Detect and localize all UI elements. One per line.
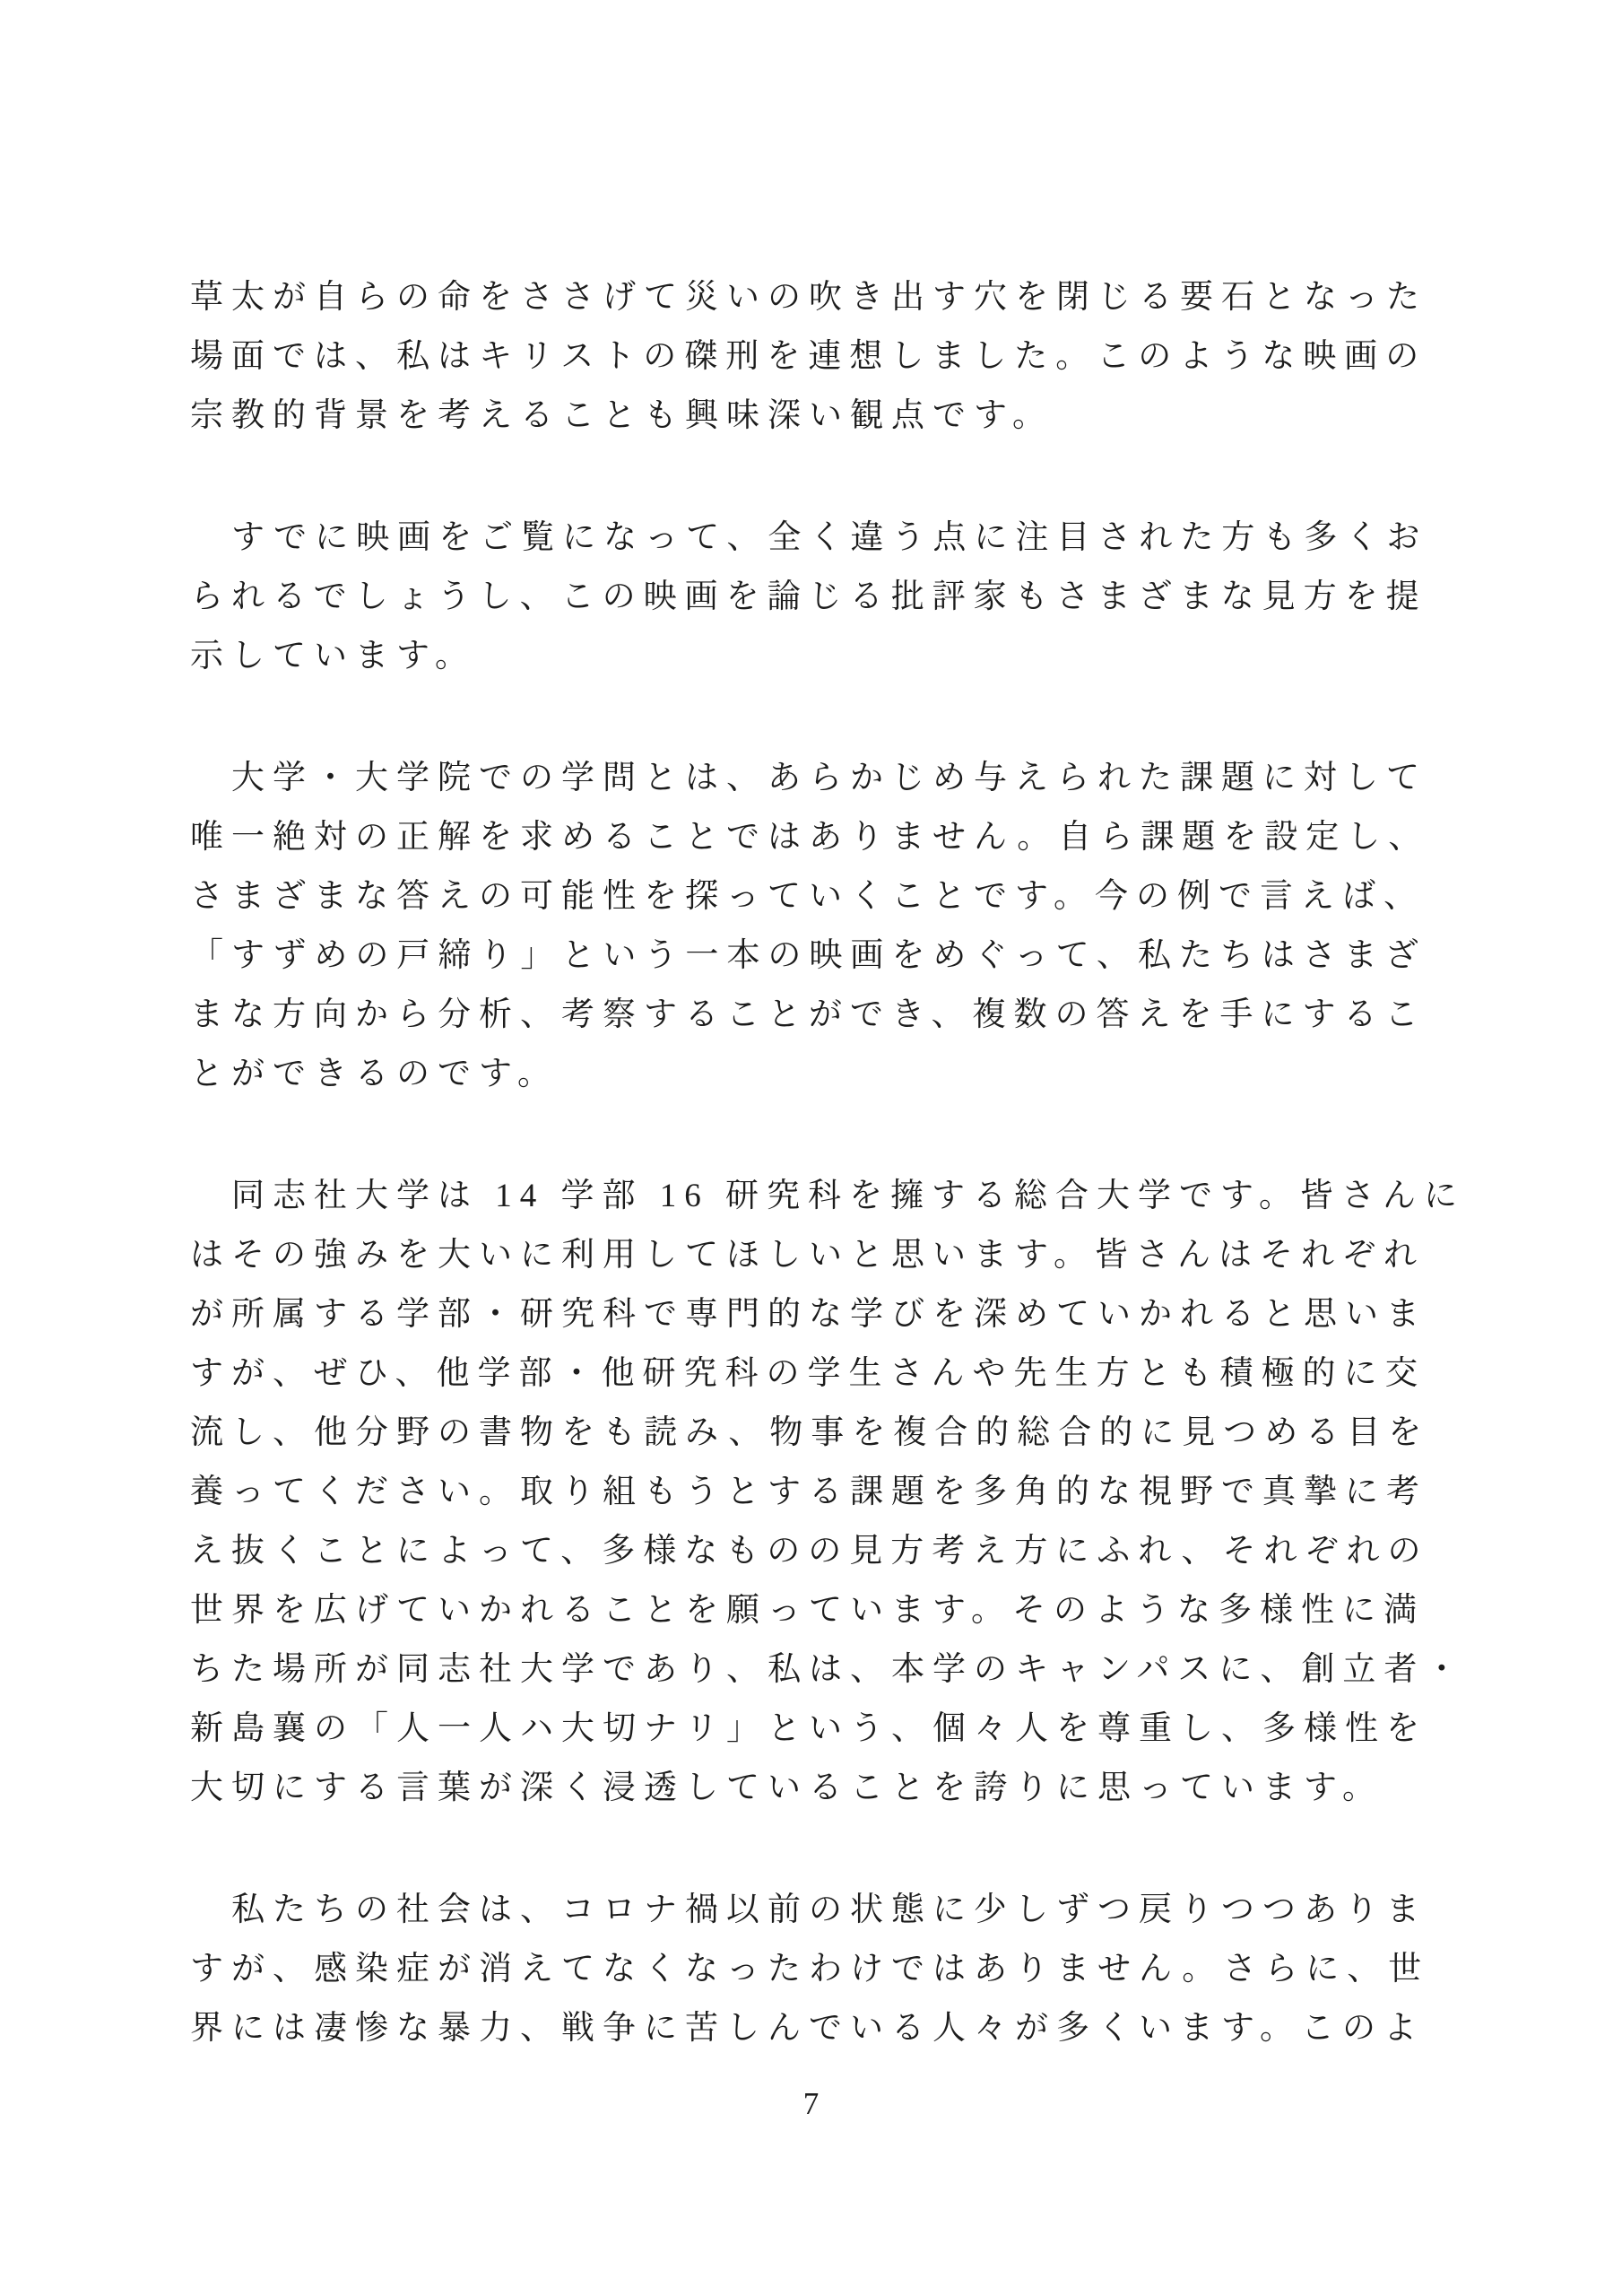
text-line: 世界を広げていかれることを願っています。そのような多様性に満 (190, 1581, 1433, 1640)
text-line: 大切にする言葉が深く浸透していることを誇りに思っています。 (190, 1759, 1433, 1818)
text-line: さまざまな答えの可能性を探っていくことです。今の例で言えば、 (190, 867, 1433, 926)
paragraph: 同志社大学は 14 学部 16 研究科を擁する総合大学です。皆さんにはその強みを… (190, 1167, 1433, 1818)
text-line: すでに映画をご覧になって、全く違う点に注目された方も多くお (190, 509, 1433, 568)
text-line: すが、ぜひ、他学部・他研究科の学生さんや先生方とも積極的に交 (190, 1344, 1433, 1404)
text-line: 流し、他分野の書物をも読み、物事を複合的総合的に見つめる目を (190, 1404, 1433, 1463)
paragraph: 私たちの社会は、コロナ禍以前の状態に少しずつ戻りつつありますが、感染症が消えてな… (190, 1881, 1433, 2058)
text-line: られるでしょうし、この映画を論じる批評家もさまざまな見方を提 (190, 568, 1433, 627)
text-line: 示しています。 (190, 627, 1433, 686)
page-footer: 7 (0, 2083, 1622, 2126)
text-line: 大学・大学院での学問とは、あらかじめ与えられた課題に対して (190, 749, 1433, 808)
text-line: え抜くことによって、多様なものの見方考え方にふれ、それぞれの (190, 1522, 1433, 1581)
text-line: すが、感染症が消えてなくなったわけではありません。さらに、世 (190, 1940, 1433, 1999)
text-line: 養ってください。取り組もうとする課題を多角的な視野で真摯に考 (190, 1463, 1433, 1522)
text-line: 同志社大学は 14 学部 16 研究科を擁する総合大学です。皆さんに (190, 1167, 1433, 1226)
text-line: 界には凄惨な暴力、戦争に苦しんでいる人々が多くいます。このよ (190, 1999, 1433, 2058)
text-line: 「すずめの戸締り」という一本の映画をめぐって、私たちはさまざ (190, 926, 1433, 986)
page-number: 7 (803, 2086, 820, 2121)
text-line: 私たちの社会は、コロナ禍以前の状態に少しずつ戻りつつありま (190, 1881, 1433, 1940)
paragraph: 大学・大学院での学問とは、あらかじめ与えられた課題に対して唯一絶対の正解を求める… (190, 749, 1433, 1104)
document-body: 草太が自らの命をささげて災いの吹き出す穴を閉じる要石となった場面では、私はキリス… (190, 268, 1433, 2058)
text-line: 新島襄の「人一人ハ大切ナリ」という、個々人を尊重し、多様性を (190, 1700, 1433, 1759)
text-line: ちた場所が同志社大学であり、私は、本学のキャンパスに、創立者・ (190, 1640, 1433, 1700)
text-line: とができるのです。 (190, 1045, 1433, 1104)
document-page: 草太が自らの命をささげて災いの吹き出す穴を閉じる要石となった場面では、私はキリス… (0, 0, 1622, 2296)
paragraph: すでに映画をご覧になって、全く違う点に注目された方も多くおられるでしょうし、この… (190, 509, 1433, 686)
text-line: 草太が自らの命をささげて災いの吹き出す穴を閉じる要石となった (190, 268, 1433, 327)
paragraph: 草太が自らの命をささげて災いの吹き出す穴を閉じる要石となった場面では、私はキリス… (190, 268, 1433, 446)
text-line: 唯一絶対の正解を求めることではありません。自ら課題を設定し、 (190, 808, 1433, 867)
text-line: が所属する学部・研究科で専門的な学びを深めていかれると思いま (190, 1285, 1433, 1344)
text-line: 宗教的背景を考えることも興味深い観点です。 (190, 387, 1433, 446)
text-line: 場面では、私はキリストの磔刑を連想しました。このような映画の (190, 327, 1433, 387)
text-line: はその強みを大いに利用してほしいと思います。皆さんはそれぞれ (190, 1226, 1433, 1285)
text-line: まな方向から分析、考察することができ、複数の答えを手にするこ (190, 986, 1433, 1045)
